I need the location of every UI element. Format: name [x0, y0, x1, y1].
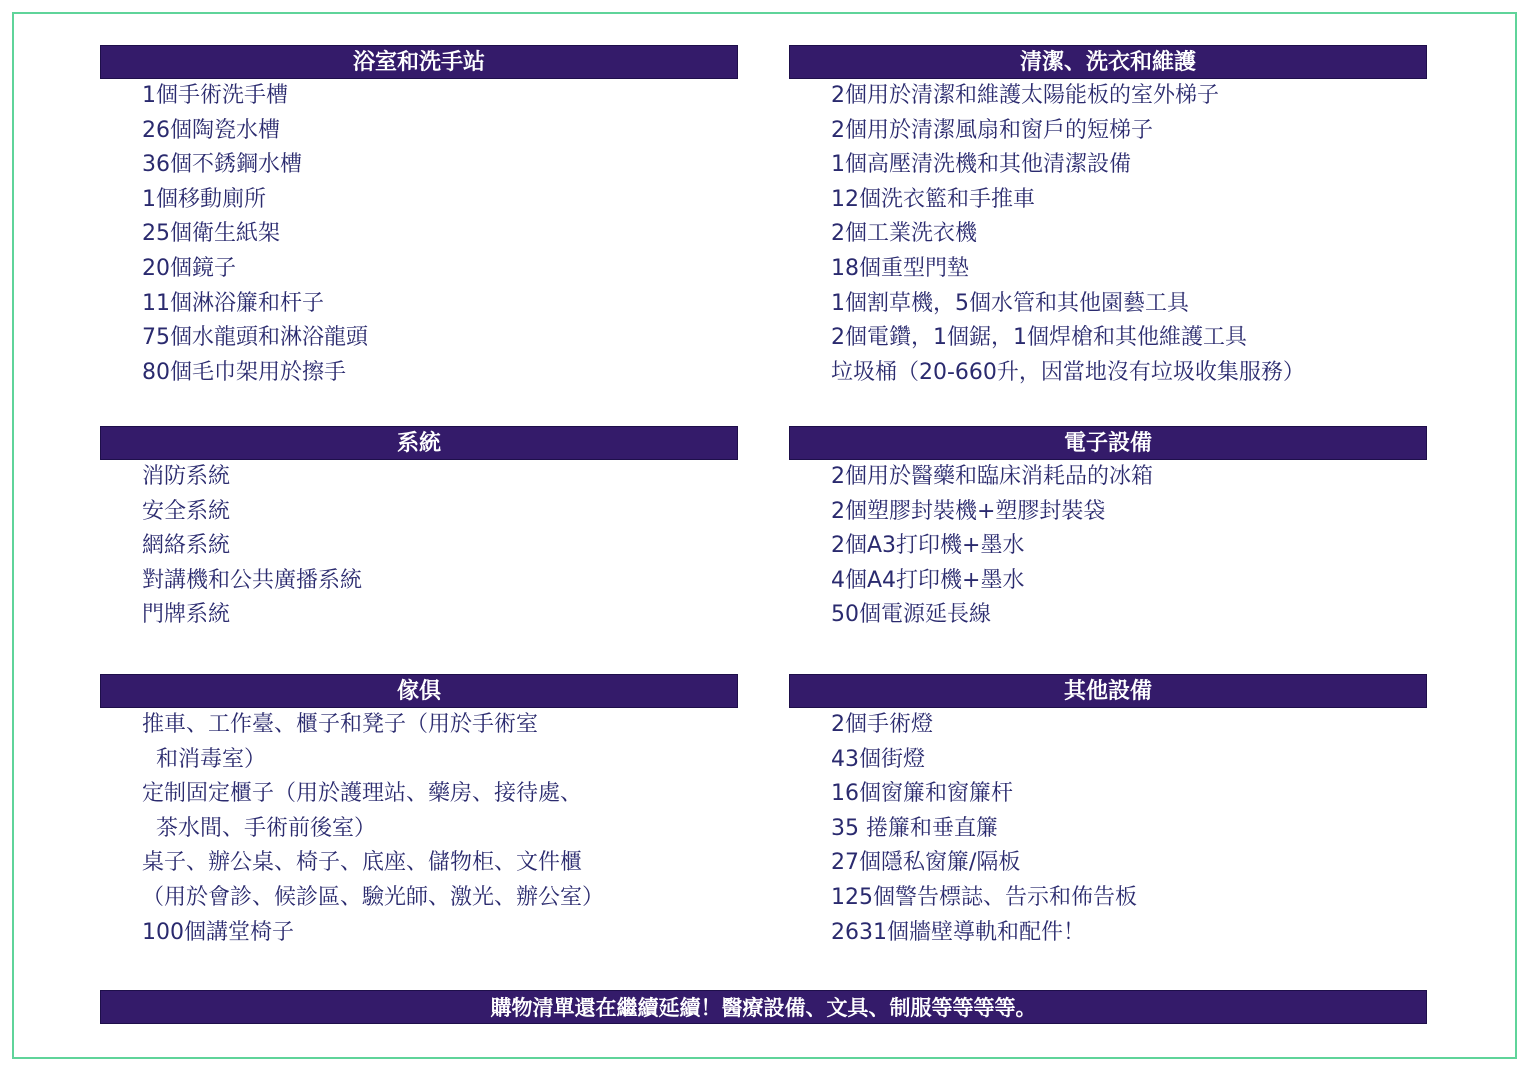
list-item: 25個衛生紙架	[142, 217, 738, 252]
item-list: 2個用於清潔和維護太陽能板的室外梯子 2個用於清潔風扇和窗戶的短梯子 1個高壓清…	[789, 79, 1427, 390]
list-item: 桌子、辦公桌、椅子、底座、儲物柜、文件櫃	[142, 846, 738, 881]
list-item: 2個用於清潔風扇和窗戶的短梯子	[831, 114, 1427, 149]
list-item-continuation: 茶水間、手術前後室）	[142, 812, 738, 847]
list-item: 2個A3打印機+墨水	[831, 529, 1427, 564]
list-item: 75個水龍頭和淋浴龍頭	[142, 321, 738, 356]
list-item: 50個電源延長線	[831, 598, 1427, 633]
section-electronics: 電子設備 2個用於醫藥和臨床消耗品的冰箱 2個塑膠封裝機+塑膠封裝袋 2個A3打…	[789, 426, 1427, 633]
list-item: 2個電鑽，1個鋸，1個焊槍和其他維護工具	[831, 321, 1427, 356]
list-item: 網絡系統	[142, 529, 738, 564]
list-item: 125個警告標誌、告示和佈告板	[831, 881, 1427, 916]
section-bathroom: 浴室和洗手站 1個手術洗手槽 26個陶瓷水槽 36個不銹鋼水槽 1個移動廁所 2…	[100, 45, 738, 390]
list-item-continuation: 和消毒室）	[142, 743, 738, 778]
footer-banner: 購物清單還在繼續延續！醫療設備、文具、制服等等等等。	[100, 990, 1427, 1024]
section-header: 其他設備	[789, 674, 1427, 708]
list-item: 4個A4打印機+墨水	[831, 564, 1427, 599]
item-list: 消防系統 安全系統 網絡系統 對講機和公共廣播系統 門牌系統	[100, 460, 738, 633]
list-item: 20個鏡子	[142, 252, 738, 287]
section-furniture: 傢俱 推車、工作臺、櫃子和凳子（用於手術室 和消毒室） 定制固定櫃子（用於護理站…	[100, 674, 738, 950]
section-header: 電子設備	[789, 426, 1427, 460]
list-item: 16個窗簾和窗簾杆	[831, 777, 1427, 812]
list-item: 2631個牆壁導軌和配件！	[831, 916, 1427, 951]
list-item: 定制固定櫃子（用於護理站、藥房、接待處、	[142, 777, 738, 812]
list-item: 1個高壓清洗機和其他清潔設備	[831, 148, 1427, 183]
list-item: 消防系統	[142, 460, 738, 495]
section-header: 浴室和洗手站	[100, 45, 738, 79]
section-other-equipment: 其他設備 2個手術燈 43個街燈 16個窗簾和窗簾杆 35 捲簾和垂直簾 27個…	[789, 674, 1427, 950]
section-header: 系統	[100, 426, 738, 460]
item-list: 2個用於醫藥和臨床消耗品的冰箱 2個塑膠封裝機+塑膠封裝袋 2個A3打印機+墨水…	[789, 460, 1427, 633]
list-item: 43個街燈	[831, 743, 1427, 778]
section-systems: 系統 消防系統 安全系統 網絡系統 對講機和公共廣播系統 門牌系統	[100, 426, 738, 633]
list-item: 垃圾桶（20-660升，因當地沒有垃圾收集服務）	[831, 356, 1427, 391]
list-item: 1個割草機，5個水管和其他園藝工具	[831, 287, 1427, 322]
list-item: 2個用於清潔和維護太陽能板的室外梯子	[831, 79, 1427, 114]
list-item: 2個塑膠封裝機+塑膠封裝袋	[831, 495, 1427, 530]
section-header: 傢俱	[100, 674, 738, 708]
list-item: 對講機和公共廣播系統	[142, 564, 738, 599]
item-list: 2個手術燈 43個街燈 16個窗簾和窗簾杆 35 捲簾和垂直簾 27個隱私窗簾/…	[789, 708, 1427, 950]
list-item: 2個用於醫藥和臨床消耗品的冰箱	[831, 460, 1427, 495]
section-cleaning: 清潔、洗衣和維護 2個用於清潔和維護太陽能板的室外梯子 2個用於清潔風扇和窗戶的…	[789, 45, 1427, 390]
list-item: 2個手術燈	[831, 708, 1427, 743]
list-item: 推車、工作臺、櫃子和凳子（用於手術室	[142, 708, 738, 743]
list-item-continuation: （用於會診、候診區、驗光師、激光、辦公室）	[142, 881, 738, 916]
list-item: 35 捲簾和垂直簾	[831, 812, 1427, 847]
list-item: 門牌系統	[142, 598, 738, 633]
list-item: 1個手術洗手槽	[142, 79, 738, 114]
section-header: 清潔、洗衣和維護	[789, 45, 1427, 79]
item-list: 推車、工作臺、櫃子和凳子（用於手術室 和消毒室） 定制固定櫃子（用於護理站、藥房…	[100, 708, 738, 950]
list-item: 27個隱私窗簾/隔板	[831, 846, 1427, 881]
list-item: 12個洗衣籃和手推車	[831, 183, 1427, 218]
list-item: 26個陶瓷水槽	[142, 114, 738, 149]
item-list: 1個手術洗手槽 26個陶瓷水槽 36個不銹鋼水槽 1個移動廁所 25個衛生紙架 …	[100, 79, 738, 390]
list-item: 1個移動廁所	[142, 183, 738, 218]
list-item: 36個不銹鋼水槽	[142, 148, 738, 183]
list-item: 80個毛巾架用於擦手	[142, 356, 738, 391]
list-item: 100個講堂椅子	[142, 916, 738, 951]
list-item: 11個淋浴簾和杆子	[142, 287, 738, 322]
list-item: 2個工業洗衣機	[831, 217, 1427, 252]
list-item: 18個重型門墊	[831, 252, 1427, 287]
list-item: 安全系統	[142, 495, 738, 530]
